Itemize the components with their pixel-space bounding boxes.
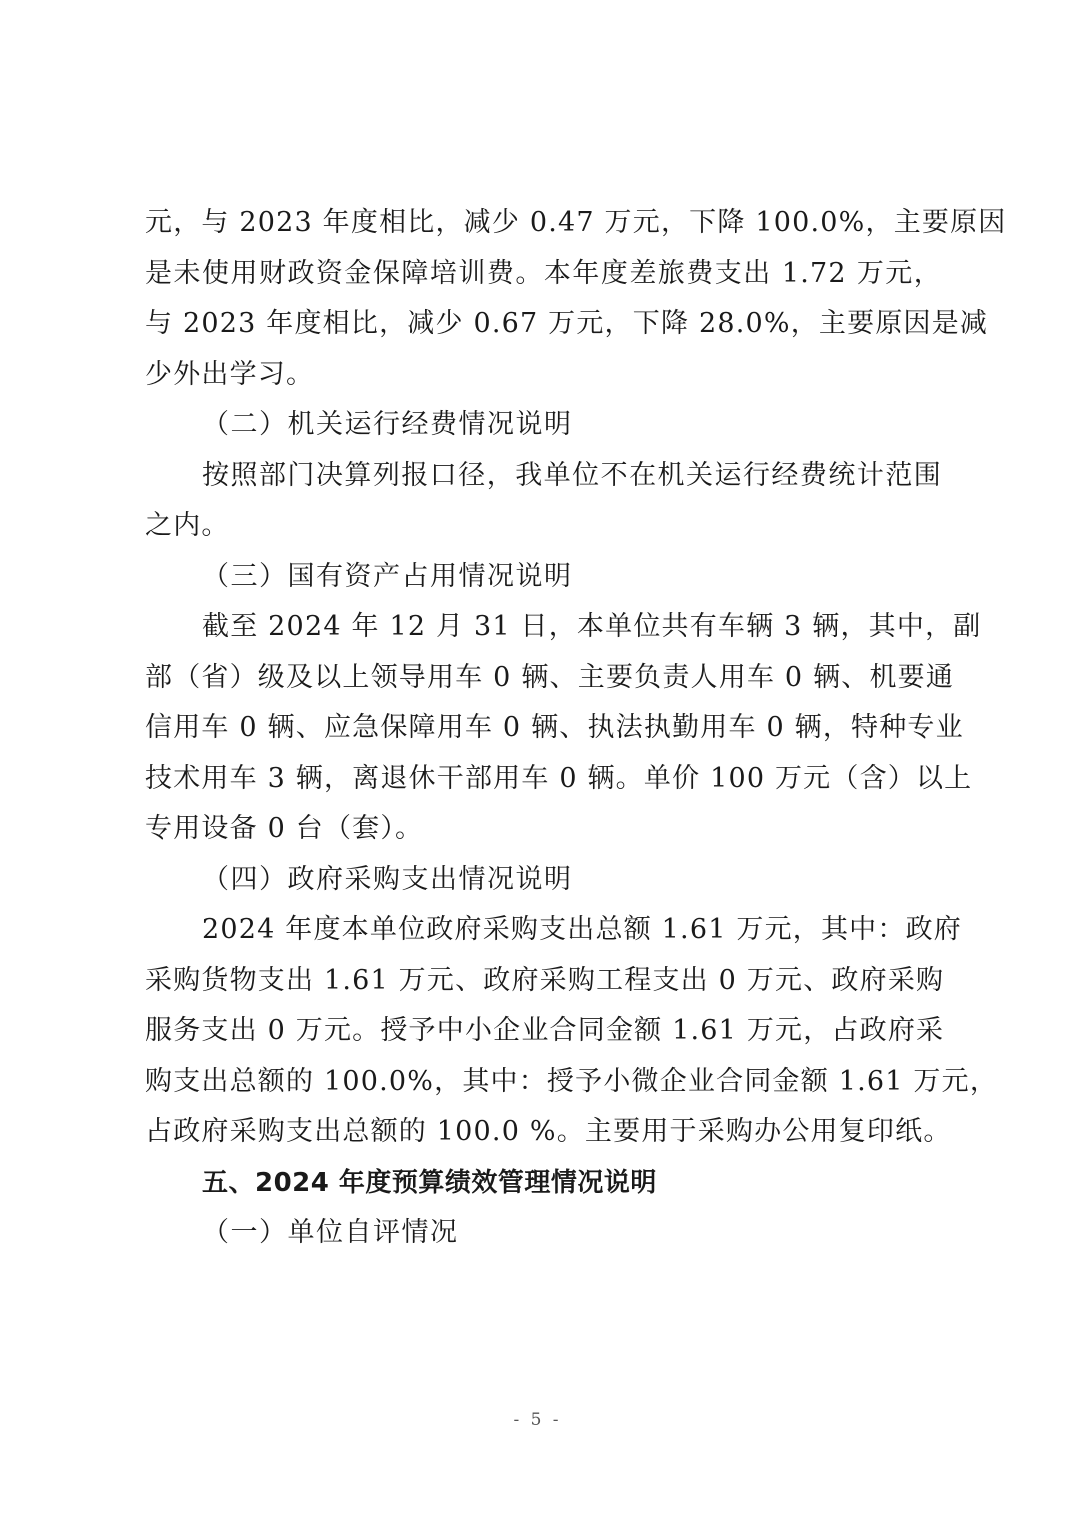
body-line: 元，与 2023 年度相比，减少 0.47 万元，下降 100.0%，主要原因	[145, 198, 942, 249]
body-line: 2024 年度本单位政府采购支出总额 1.61 万元，其中：政府	[145, 905, 942, 956]
document-page: 元，与 2023 年度相比，减少 0.47 万元，下降 100.0%，主要原因 …	[145, 198, 942, 1259]
body-line: 购支出总额的 100.0%，其中：授予小微企业合同金额 1.61 万元，	[145, 1057, 942, 1108]
body-line: 采购货物支出 1.61 万元、政府采购工程支出 0 万元、政府采购	[145, 956, 942, 1007]
body-line: 部（省）级及以上领导用车 0 辆、主要负责人用车 0 辆、机要通	[145, 653, 942, 704]
body-line: 技术用车 3 辆，离退休干部用车 0 辆。单价 100 万元（含）以上	[145, 754, 942, 805]
body-line: 截至 2024 年 12 月 31 日，本单位共有车辆 3 辆，其中，副	[145, 602, 942, 653]
section-heading-operating-expenses: （二）机关运行经费情况说明	[145, 400, 942, 451]
section-heading-procurement: （四）政府采购支出情况说明	[145, 855, 942, 906]
body-line: 之内。	[145, 501, 942, 552]
body-line: 按照部门决算列报口径，我单位不在机关运行经费统计范围	[145, 451, 942, 502]
page-number: - 5 -	[0, 1410, 1075, 1430]
section-heading-state-assets: （三）国有资产占用情况说明	[145, 552, 942, 603]
body-line: 是未使用财政资金保障培训费。本年度差旅费支出 1.72 万元，	[145, 249, 942, 300]
body-line: 占政府采购支出总额的 100.0 %。主要用于采购办公用复印纸。	[145, 1107, 942, 1158]
body-line: 服务支出 0 万元。授予中小企业合同金额 1.61 万元，占政府采	[145, 1006, 942, 1057]
section-heading-performance-management: 五、2024 年度预算绩效管理情况说明	[145, 1158, 942, 1209]
body-line: 专用设备 0 台（套）。	[145, 804, 942, 855]
body-line: 信用车 0 辆、应急保障用车 0 辆、执法执勤用车 0 辆，特种专业	[145, 703, 942, 754]
body-line: 少外出学习。	[145, 350, 942, 401]
section-heading-self-evaluation: （一）单位自评情况	[145, 1208, 942, 1259]
body-line: 与 2023 年度相比，减少 0.67 万元，下降 28.0%，主要原因是减	[145, 299, 942, 350]
